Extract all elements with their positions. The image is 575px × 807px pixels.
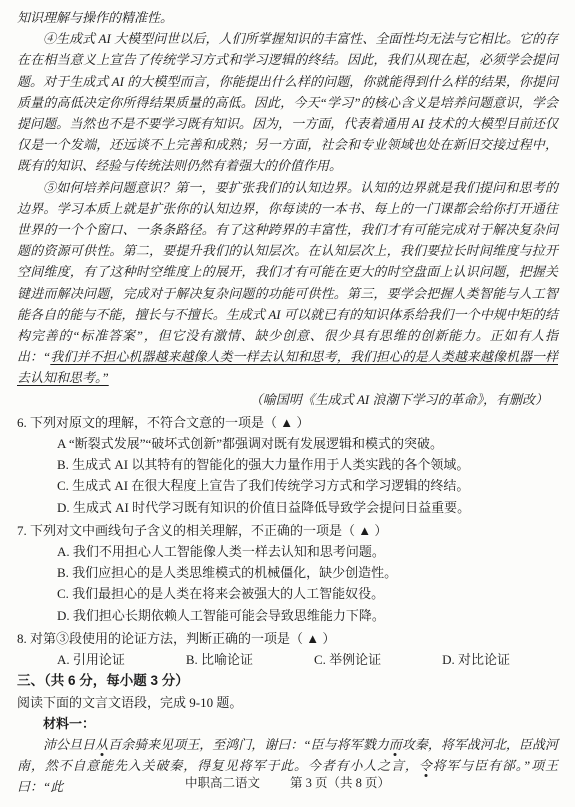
page-footer: 中职高二语文第 3 页（共 8 页） <box>0 773 575 794</box>
question-8-option-d: D. 对比论证 <box>442 649 510 670</box>
question-8-option-c: C. 举例论证 <box>314 649 381 670</box>
footer-course-title: 中职高二语文 <box>185 776 260 790</box>
question-6-option-d: D. 生成式 AI 时代学习既有知识的价值日益降低导致学会提问日益重要。 <box>17 497 558 518</box>
question-6-option-a: A “断裂式发展”“破坏式创新”都强调对既有发展逻辑和模式的突破。 <box>17 433 558 454</box>
exam-page: 知识理解与操作的精准性。 ④生成式 AI 大模型问世以后，人们所掌握知识的丰富性… <box>0 0 575 807</box>
question-7-option-b: B. 我们应担心的是人类思维模式的机械僵化，缺少创造性。 <box>17 562 558 583</box>
classical-segment: 百余骑来见项王，至鸿门，谢曰：“臣与将军戮力 <box>108 737 389 752</box>
question-7-option-c: C. 我们最担心的是人类在将来会被强大的人工智能奴役。 <box>17 583 558 604</box>
question-6-option-b: B. 生成式 AI 以其特有的智能化的强大力量作用于人类实践的各个领域。 <box>17 454 558 475</box>
question-7-option-a: A. 我们不用担心人工智能像人类一样去认知和思考问题。 <box>17 541 558 562</box>
material-1-label: 材料一： <box>17 713 558 734</box>
question-7-option-d: D. 我们担心长期依赖人工智能可能会导致思维能力下降。 <box>17 605 558 626</box>
question-6-stem: 6. 下列对原文的理解，不符合文意的一项是（ ▲ ） <box>17 412 558 433</box>
source-attribution: （喻国明《生成式 AI 浪潮下学习的革命》，有删改） <box>17 389 558 410</box>
classical-segment: 沛公旦日 <box>43 737 95 752</box>
question-8: 8. 对第③段使用的论证方法，判断正确的一项是（ ▲ ） A. 引用论证 B. … <box>17 628 558 670</box>
classical-emphasized-char: 从 <box>95 737 108 752</box>
classical-emphasized-char: 而 <box>389 737 402 752</box>
question-8-stem: 8. 对第③段使用的论证方法，判断正确的一项是（ ▲ ） <box>17 628 558 649</box>
question-7: 7. 下列对文中画线句子含义的相关理解，不正确的一项是（ ▲ ） A. 我们不用… <box>17 520 558 626</box>
section-3-instruction: 阅读下面的文言文语段，完成 9-10 题。 <box>17 692 558 713</box>
question-6-option-c: C. 生成式 AI 在很大程度上宣告了我们传统学习方式和学习逻辑的终结。 <box>17 475 558 496</box>
question-8-options-row: A. 引用论证 B. 比喻论证 C. 举例论证 D. 对比论证 <box>17 649 558 670</box>
passage-paragraph-4: ④生成式 AI 大模型问世以后，人们所掌握知识的丰富性、全面性均无法与它相比。它… <box>17 28 558 176</box>
classical-emphasized-char: 令 <box>419 758 433 773</box>
passage-paragraph-5: ⑤如何培养问题意识？第一，要扩张我们的认知边界。认知的边界就是我们提问和思考的边… <box>17 177 558 389</box>
footer-page-number: 第 3 页（共 8 页） <box>290 776 390 790</box>
underlined-sentence: 我们并不担心机器越来越像人类一样去认知和思考，我们担心的是人类越来越像机器一样去… <box>17 349 558 385</box>
passage-continuation-line: 知识理解与操作的精准性。 <box>17 7 558 28</box>
question-7-stem: 7. 下列对文中画线句子含义的相关理解，不正确的一项是（ ▲ ） <box>17 520 558 541</box>
section-3-header: 三、（共 6 分，每小题 3 分） <box>17 670 558 691</box>
paragraph-5-text: ⑤如何培养问题意识？第一，要扩张我们的认知边界。认知的边界就是我们提问和思考的边… <box>17 180 558 365</box>
reading-passage: 知识理解与操作的精准性。 ④生成式 AI 大模型问世以后，人们所掌握知识的丰富性… <box>17 7 558 410</box>
question-6: 6. 下列对原文的理解，不符合文意的一项是（ ▲ ） A “断裂式发展”“破坏式… <box>17 412 558 518</box>
question-8-option-a: A. 引用论证 <box>57 649 125 670</box>
question-8-option-b: B. 比喻论证 <box>186 649 253 670</box>
